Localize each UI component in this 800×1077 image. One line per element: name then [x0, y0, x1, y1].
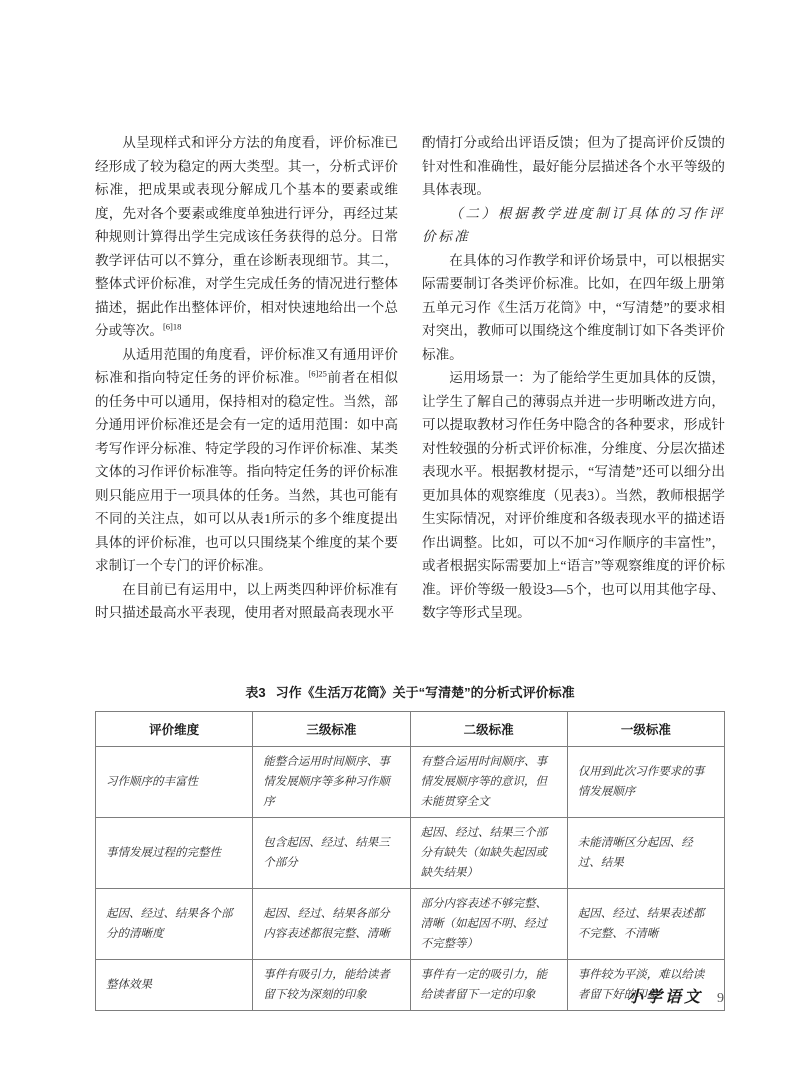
table-caption: 表3习作《生活万花筒》关于“写清楚”的分析式评价标准 — [95, 682, 725, 701]
table-cell: 包含起因、经过、结果三个部分 — [253, 818, 410, 889]
column-header: 二级标准 — [410, 712, 567, 747]
table-cell: 未能清晰区分起因、经过、结果 — [567, 818, 724, 889]
table-caption-text: 习作《生活万花筒》关于“写清楚”的分析式评价标准 — [276, 685, 575, 700]
paragraph-text: 从呈现样式和评分方法的角度看，评价标准已经形成了较为稳定的两大类型。其一，分析式… — [95, 135, 398, 338]
table-cell: 习作顺序的丰富性 — [96, 747, 253, 818]
table-cell: 部分内容表述不够完整、清晰（如起因不明、经过不完整等） — [410, 889, 567, 960]
table-cell: 起因、经过、结果各部分内容表述都很完整、清晰 — [253, 889, 410, 960]
table-cell: 起因、经过、结果各个部分的清晰度 — [96, 889, 253, 960]
table-cell: 有整合运用时间顺序、事情发展顺序等的意识，但未能贯穿全文 — [410, 747, 567, 818]
section-subheading: （二）根据教学进度制订具体的习作评价标准 — [422, 202, 725, 249]
page-footer: 小学语文 9 — [627, 984, 724, 1007]
table-row: 事情发展过程的完整性 包含起因、经过、结果三个部分 起因、经过、结果三个部分有缺… — [96, 818, 725, 889]
paragraph-text: 前者在相似的任务中可以通用，保持相对的稳定性。当然，部分通用评价标准还是会有一定… — [95, 370, 398, 573]
table-cell: 整体效果 — [96, 960, 253, 1011]
table-header-row: 评价维度 三级标准 二级标准 一级标准 — [96, 712, 725, 747]
paragraph: 从呈现样式和评分方法的角度看，评价标准已经形成了较为稳定的两大类型。其一，分析式… — [95, 131, 398, 343]
table-cell: 事情发展过程的完整性 — [96, 818, 253, 889]
article-body: 从呈现样式和评分方法的角度看，评价标准已经形成了较为稳定的两大类型。其一，分析式… — [95, 131, 725, 625]
table-cell: 起因、经过、结果表述都不完整、不清晰 — [567, 889, 724, 960]
right-column: 酌情打分或给出评语反馈；但为了提高评价反馈的针对性和准确性，最好能分层描述各个水… — [422, 131, 725, 625]
citation-ref: [6]18 — [163, 321, 181, 331]
table-block: 表3习作《生活万花筒》关于“写清楚”的分析式评价标准 评价维度 三级标准 二级标… — [95, 682, 725, 1011]
table-cell: 事件有一定的吸引力，能给读者留下一定的印象 — [410, 960, 567, 1011]
citation-ref: [6]25 — [308, 368, 326, 378]
column-header: 评价维度 — [96, 712, 253, 747]
table-cell: 事件有吸引力，能给读者留下较为深刻的印象 — [253, 960, 410, 1011]
column-header: 一级标准 — [567, 712, 724, 747]
evaluation-criteria-table: 评价维度 三级标准 二级标准 一级标准 习作顺序的丰富性 能整合运用时间顺序、事… — [95, 711, 725, 1011]
table-cell: 仅用到此次习作要求的事情发展顺序 — [567, 747, 724, 818]
document-page: 从呈现样式和评分方法的角度看，评价标准已经形成了较为稳定的两大类型。其一，分析式… — [0, 0, 800, 1077]
left-column: 从呈现样式和评分方法的角度看，评价标准已经形成了较为稳定的两大类型。其一，分析式… — [95, 131, 398, 625]
journal-logo: 小学语文 — [627, 984, 703, 1007]
table-row: 习作顺序的丰富性 能整合运用时间顺序、事情发展顺序等多种习作顺序 有整合运用时间… — [96, 747, 725, 818]
paragraph: 运用场景一：为了能给学生更加具体的反馈，让学生了解自己的薄弱点并进一步明晰改进方… — [422, 366, 725, 625]
table-caption-label: 表3 — [245, 685, 265, 700]
table-cell: 能整合运用时间顺序、事情发展顺序等多种习作顺序 — [253, 747, 410, 818]
paragraph-text: 在目前已有运用中，以上两类四种评价标准有时只描述最高水平表现，使用者对照最高表现… — [95, 582, 398, 621]
paragraph: 从适用范围的角度看，评价标准又有通用评价标准和指向特定任务的评价标准。[6]25… — [95, 343, 398, 578]
table-cell: 起因、经过、结果三个部分有缺失（如缺失起因或缺失结果） — [410, 818, 567, 889]
table-row: 起因、经过、结果各个部分的清晰度 起因、经过、结果各部分内容表述都很完整、清晰 … — [96, 889, 725, 960]
column-header: 三级标准 — [253, 712, 410, 747]
paragraph: 在目前已有运用中，以上两类四种评价标准有时只描述最高水平表现，使用者对照最高表现… — [95, 578, 398, 625]
page-number: 9 — [717, 991, 724, 1007]
paragraph-continuation: 酌情打分或给出评语反馈；但为了提高评价反馈的针对性和准确性，最好能分层描述各个水… — [422, 131, 725, 202]
paragraph: 在具体的习作教学和评价场景中，可以根据实际需要制订各类评价标准。比如，在四年级上… — [422, 249, 725, 367]
